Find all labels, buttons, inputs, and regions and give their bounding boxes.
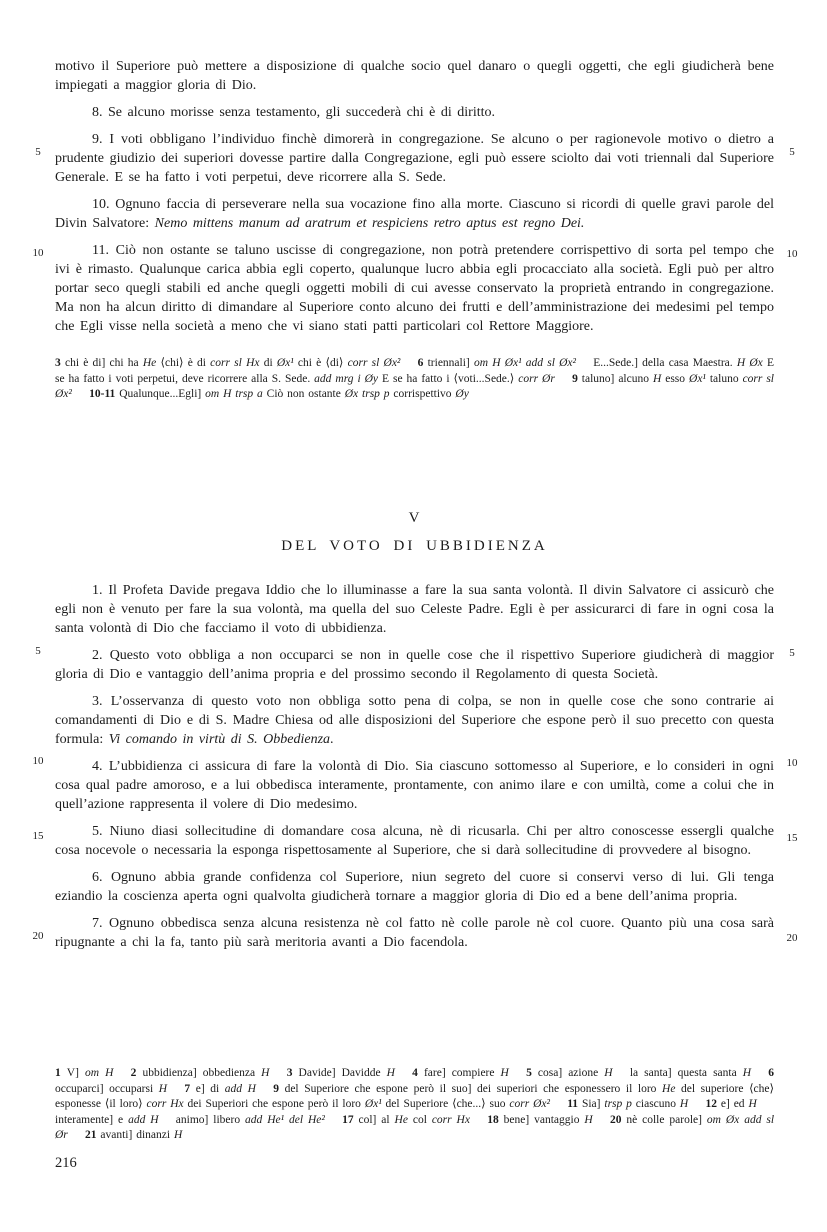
text-run: corr sl Øx² xyxy=(348,357,401,369)
paragraph: 9. I voti obbligano l’individuo finchè d… xyxy=(55,130,774,187)
text-run: H xyxy=(501,1067,509,1079)
critical-apparatus-top: 3 chi è di] chi ha He ⟨chi⟩ è di corr sl… xyxy=(55,356,774,403)
text-run xyxy=(688,1098,705,1110)
paragraph: 1. Il Profeta Davide pregava Iddio che l… xyxy=(55,581,774,638)
section-chapter-iv-continuation: motivo il Superiore può mettere a dispos… xyxy=(55,57,774,336)
text-run: He xyxy=(143,357,156,369)
paragraph: motivo il Superiore può mettere a dispos… xyxy=(55,57,774,95)
text-run: V] xyxy=(67,1067,85,1079)
text-run xyxy=(167,1083,184,1095)
text-run: He xyxy=(662,1083,675,1095)
text-run: H xyxy=(159,1083,167,1095)
text-run: H xyxy=(584,1114,592,1126)
text-run: ubbidienza] obbedienza xyxy=(142,1067,261,1079)
body-paragraphs-chapter: 1. Il Profeta Davide pregava Iddio che l… xyxy=(55,581,774,952)
text-run xyxy=(68,1129,85,1141)
text-run: del Superiore ⟨che...⟩ suo xyxy=(382,1098,510,1110)
text-run: Sia] xyxy=(582,1098,604,1110)
text-run xyxy=(113,1067,130,1079)
text-run: He xyxy=(395,1114,408,1126)
text-run: trsp p xyxy=(604,1098,632,1110)
text-run: add He¹ del He² xyxy=(245,1114,325,1126)
text-run: 1 xyxy=(55,1067,67,1079)
text-run: 6 xyxy=(768,1067,774,1079)
text-run: H xyxy=(743,1067,751,1079)
text-run: del Superiore che espone però il suo] de… xyxy=(285,1083,662,1095)
text-run: Øx trsp p xyxy=(345,388,390,400)
text-run: 4. L’ubbidienza ci assicura di fare la v… xyxy=(55,759,774,812)
text-run: add H xyxy=(225,1083,256,1095)
text-run: H xyxy=(174,1129,182,1141)
text-run: E...Sede.] della casa Maestra. xyxy=(576,357,737,369)
text-run: e] ed xyxy=(721,1098,749,1110)
text-run: H xyxy=(680,1098,688,1110)
text-run: col xyxy=(408,1114,432,1126)
text-run: animo] libero xyxy=(159,1114,246,1126)
text-run: 20 xyxy=(610,1114,626,1126)
paragraph: 5. Niuno diasi sollecitudine di domandar… xyxy=(55,822,774,860)
text-run: Vi comando in virtù di S. Obbedienza xyxy=(109,732,330,747)
text-run: 2. Questo voto obbliga a non occuparci s… xyxy=(55,648,774,682)
text-run: taluno] alcuno xyxy=(582,373,653,385)
text-run xyxy=(256,1083,273,1095)
text-run: esso xyxy=(661,373,689,385)
paragraph: 4. L’ubbidienza ci assicura di fare la v… xyxy=(55,757,774,814)
body-paragraphs-top: motivo il Superiore può mettere a dispos… xyxy=(55,57,774,336)
text-run: occuparci] occuparsi xyxy=(55,1083,159,1095)
text-run: 7 xyxy=(184,1083,195,1095)
text-run: H xyxy=(604,1067,612,1079)
text-run: Davide] Davidde xyxy=(299,1067,387,1079)
text-run xyxy=(72,388,89,400)
text-run: Ciò non ostante xyxy=(263,388,345,400)
paragraph: 8. Se alcuno morisse senza testamento, g… xyxy=(55,103,774,122)
critical-apparatus-bottom: 1 V] om H 2 ubbidienza] obbedienza H 3 D… xyxy=(55,1066,774,1144)
text-run: dei Superiori che espone però il loro xyxy=(184,1098,365,1110)
text-run xyxy=(593,1114,610,1126)
text-run: Øx¹ xyxy=(365,1098,382,1110)
text-run: 18 xyxy=(487,1114,503,1126)
chapter-title: DEL VOTO DI UBBIDIENZA xyxy=(55,537,774,555)
text-run: corr Hx xyxy=(147,1098,184,1110)
text-run: col] al xyxy=(359,1114,395,1126)
text-run xyxy=(509,1067,526,1079)
text-run: chi è ⟨di⟩ xyxy=(294,357,348,369)
text-run: corr Ør xyxy=(518,373,555,385)
text-run: ⟨chi⟩ è di xyxy=(156,357,210,369)
text-run: Qualunque...Egli] xyxy=(119,388,205,400)
text-run: H xyxy=(748,1098,756,1110)
text-run xyxy=(751,1067,768,1079)
text-run: Nemo mittens manum ad aratrum et respici… xyxy=(155,216,585,231)
text-run xyxy=(395,1067,412,1079)
text-run: om H Øx¹ add sl Øx² xyxy=(474,357,576,369)
line-number-right: 5 xyxy=(782,647,802,660)
text-run: 6. Ognuno abbia grande confidenza col Su… xyxy=(55,870,774,904)
text-run xyxy=(269,1067,286,1079)
text-run: 10-11 xyxy=(89,388,119,400)
text-run: 1. Il Profeta Davide pregava Iddio che l… xyxy=(55,583,774,636)
text-run: add H xyxy=(128,1114,158,1126)
section-chapter-v: V DEL VOTO DI UBBIDIENZA 1. Il Profeta D… xyxy=(55,510,774,952)
text-run: fare] compiere xyxy=(424,1067,501,1079)
paragraph: 3. L’osservanza di questo voto non obbli… xyxy=(55,692,774,749)
line-number-left: 15 xyxy=(28,830,48,843)
text-run: 3 xyxy=(55,357,65,369)
text-run: 3 xyxy=(287,1067,299,1079)
text-run: corr Hx xyxy=(432,1114,470,1126)
paragraph: 6. Ognuno abbia grande confidenza col Su… xyxy=(55,868,774,906)
text-run: 2 xyxy=(131,1067,143,1079)
text-run xyxy=(400,357,417,369)
text-run: H xyxy=(387,1067,395,1079)
text-run: om H xyxy=(85,1067,113,1079)
text-run: . xyxy=(330,732,334,747)
text-run: triennali] xyxy=(428,357,474,369)
text-run: 11. Ciò non ostante se taluno uscisse di… xyxy=(55,243,774,334)
text-run: chi è di] chi ha xyxy=(65,357,143,369)
text-run: cosa] azione xyxy=(538,1067,604,1079)
line-number-right: 10 xyxy=(782,757,802,770)
text-run: 7. Ognuno obbedisca senza alcuna resiste… xyxy=(55,916,774,950)
text-run: E se ha fatto i ⟨voti...Sede.⟩ xyxy=(378,373,518,385)
text-run: di xyxy=(259,357,276,369)
chapter-number: V xyxy=(55,510,774,527)
line-number-right: 10 xyxy=(782,248,802,261)
text-run: 9. I voti obbligano l’individuo finchè d… xyxy=(55,132,774,185)
text-run: Øy xyxy=(455,388,468,400)
line-number-left: 5 xyxy=(28,645,48,658)
line-number-right: 20 xyxy=(782,932,802,945)
text-run: 11 xyxy=(567,1098,582,1110)
text-run: 4 xyxy=(412,1067,424,1079)
text-run: corrispettivo xyxy=(390,388,456,400)
text-run: 8. Se alcuno morisse senza testamento, g… xyxy=(92,105,495,120)
text-run: 17 xyxy=(342,1114,358,1126)
text-run xyxy=(555,373,572,385)
line-number-right: 15 xyxy=(782,832,802,845)
text-run: 21 xyxy=(85,1129,100,1141)
line-number-left: 5 xyxy=(28,146,48,159)
paragraph: 2. Questo voto obbliga a non occuparci s… xyxy=(55,646,774,684)
text-run: 5 xyxy=(526,1067,538,1079)
text-run: avanti] dinanzi xyxy=(100,1129,174,1141)
line-number-left: 10 xyxy=(28,247,48,260)
line-number-right: 5 xyxy=(782,146,802,159)
text-run: nè colle parole] xyxy=(626,1114,707,1126)
text-run: ciascuno xyxy=(632,1098,680,1110)
text-run: H Øx xyxy=(737,357,763,369)
text-run: e] di xyxy=(196,1083,225,1095)
text-run: la santa] questa santa xyxy=(613,1067,743,1079)
page-number: 216 xyxy=(55,1155,77,1172)
line-number-left: 20 xyxy=(28,930,48,943)
text-run: motivo il Superiore può mettere a dispos… xyxy=(55,59,774,93)
text-run: 9 xyxy=(572,373,582,385)
paragraph: 7. Ognuno obbedisca senza alcuna resiste… xyxy=(55,914,774,952)
text-run: bene] vantaggio xyxy=(504,1114,585,1126)
text-run: Øx¹ xyxy=(277,357,294,369)
text-run: 9 xyxy=(273,1083,284,1095)
text-run: Øx¹ xyxy=(689,373,706,385)
book-page: 55101055101015152020 motivo il Superiore… xyxy=(0,0,827,1232)
text-run: taluno xyxy=(706,373,743,385)
text-run: 6 xyxy=(418,357,428,369)
text-run xyxy=(470,1114,487,1126)
text-run: om H trsp a xyxy=(205,388,263,400)
text-run: add mrg i Øy xyxy=(314,373,378,385)
text-run: 12 xyxy=(705,1098,720,1110)
text-run: corr sl Hx xyxy=(210,357,259,369)
paragraph: 11. Ciò non ostante se taluno uscisse di… xyxy=(55,241,774,336)
line-number-left: 10 xyxy=(28,755,48,768)
text-run: corr Øx² xyxy=(509,1098,550,1110)
text-run xyxy=(325,1114,342,1126)
text-run xyxy=(550,1098,567,1110)
text-run: 5. Niuno diasi sollecitudine di domandar… xyxy=(55,824,774,858)
paragraph: 10. Ognuno faccia di perseverare nella s… xyxy=(55,195,774,233)
